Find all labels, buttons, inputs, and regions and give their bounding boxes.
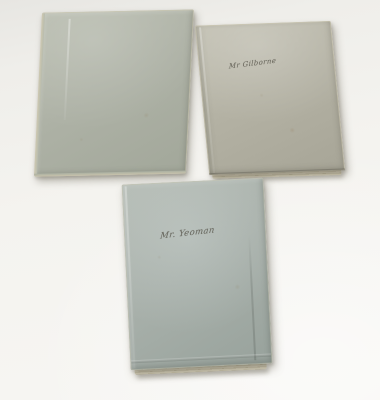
booklet-bottom: Mr. Yeoman (122, 178, 273, 371)
booklet-top-right-cover: Mr Gilborne (195, 21, 345, 175)
booklet-left-bottom-edge (34, 171, 186, 177)
booklet-left-crease (64, 18, 71, 120)
booklet-top-right-inscription: Mr Gilborne (229, 57, 277, 71)
booklet-left (34, 9, 194, 176)
booklet-bottom-fold-line (132, 354, 271, 364)
booklet-bottom-vertical-crease (249, 234, 257, 360)
booklet-left-worn-edge (34, 13, 45, 175)
booklet-bottom-cover: Mr. Yeoman (122, 178, 273, 371)
booklet-bottom-inscription: Mr. Yeoman (159, 225, 215, 241)
booklet-bottom-spine (125, 186, 136, 368)
photo-surface: Mr Gilborne Mr. Yeoman (0, 0, 380, 400)
booklet-top-right: Mr Gilborne (195, 21, 345, 175)
booklet-top-right-spine (199, 27, 215, 173)
booklet-left-cover (34, 9, 194, 176)
